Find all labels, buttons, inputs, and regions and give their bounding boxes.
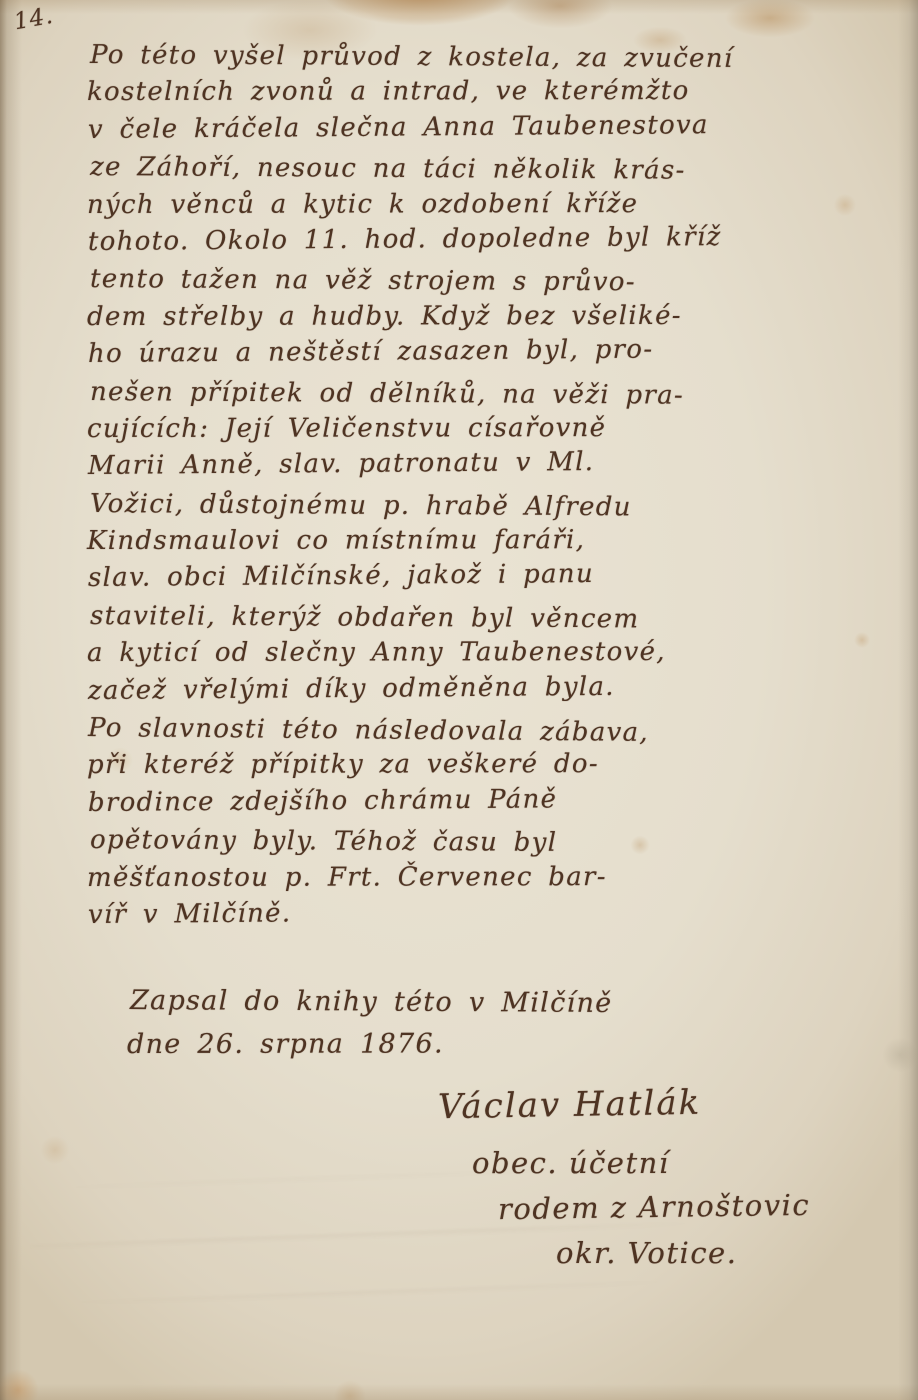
- manuscript-line: v čele kráčela slečna Anna Taubenestova: [88, 109, 880, 153]
- manuscript-page: 14. Po této vyšel průvod z kostela, za z…: [0, 0, 918, 1400]
- manuscript-line: začež vřelými díky odměněna byla.: [88, 669, 880, 713]
- closing-statement: Zapsal do knihy této v Milčíně dne 26. s…: [128, 985, 610, 1073]
- manuscript-line: Marii Anně, slav. patronatu v Ml.: [88, 445, 880, 489]
- manuscript-line: slav. obci Milčínské, jakož i panu: [88, 557, 880, 601]
- manuscript-line: brodince zdejšího chrámu Páně: [88, 782, 880, 826]
- manuscript-line: tohoto. Okolo 11. hod. dopoledne byl kří…: [88, 221, 880, 265]
- closing-line: Zapsal do knihy této v Milčíně: [130, 985, 613, 1032]
- page-number: 14.: [12, 3, 55, 35]
- manuscript-line: ho úrazu a neštěstí zasazen byl, pro-: [88, 333, 880, 377]
- manuscript-text-block: Po této vyšel průvod z kostela, za zvuče…: [88, 40, 880, 937]
- verso-bleedthrough-smudge: [30, 1160, 810, 1370]
- signature-name: Václav Hatlák: [438, 1083, 702, 1128]
- closing-line: dne 26. srpna 1876.: [127, 1028, 610, 1073]
- manuscript-line: víř v Milčíně.: [88, 894, 880, 938]
